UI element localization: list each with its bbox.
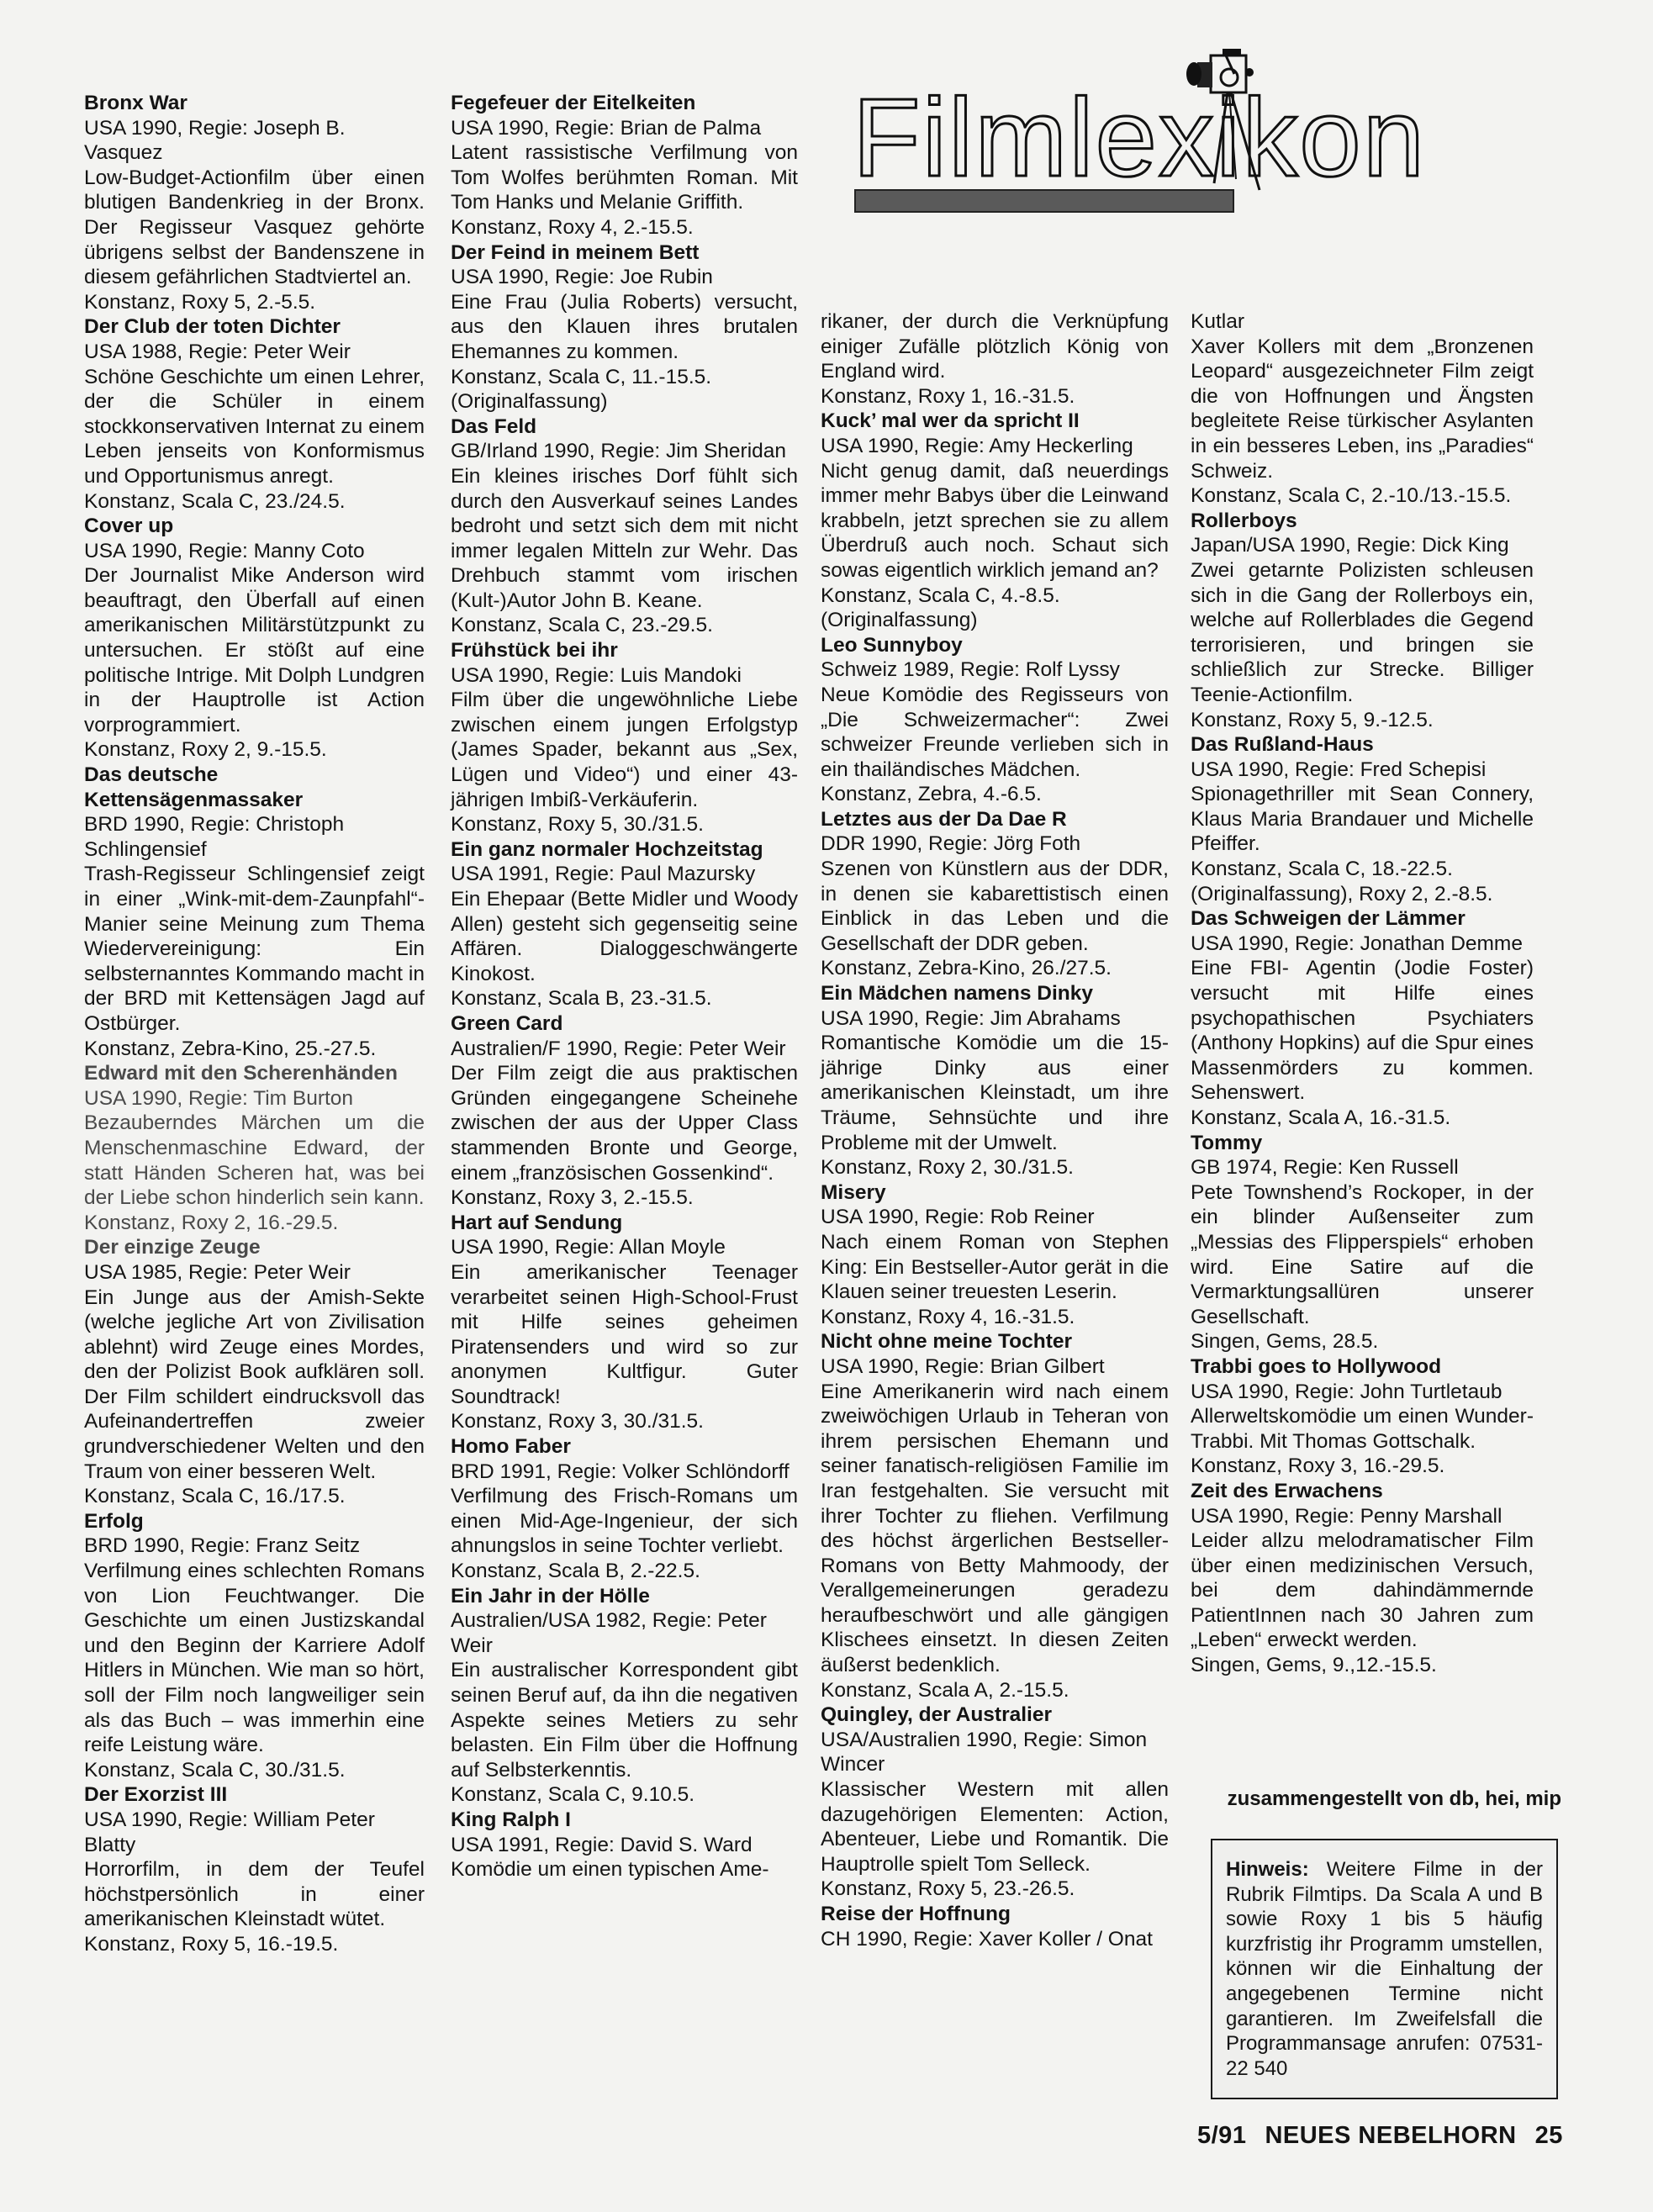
film-title: Das deutsche Kettensägenmassaker: [84, 763, 425, 812]
film-entry: Ein ganz normaler Hochzeitstag USA 1991,…: [451, 837, 798, 1011]
page-number: 25: [1535, 2122, 1563, 2150]
film-description: Der Journalist Mike Anderson wird beauft…: [84, 563, 425, 737]
film-venue: Konstanz, Scala A, 2.-15.5.: [821, 1678, 1169, 1703]
logo-title: Filmlexikon: [853, 82, 1426, 193]
film-entry: Homo Faber BRD 1991, Regie: Volker Schlö…: [451, 1434, 798, 1584]
film-meta: USA 1990, Regie: Luis Mandoki: [451, 663, 798, 689]
film-title: Hart auf Sendung: [451, 1211, 798, 1236]
film-title: Trabbi goes to Hollywood: [1191, 1354, 1534, 1380]
film-meta: USA 1990, Regie: Penny Marshall: [1191, 1504, 1534, 1529]
film-entry: Edward mit den Scherenhänden USA 1990, R…: [84, 1061, 425, 1235]
film-entry: Der Feind in meinem Bett USA 1990, Regie…: [451, 240, 798, 414]
film-entry: Der einzige Zeuge USA 1985, Regie: Peter…: [84, 1235, 425, 1509]
film-title: Das Schweigen der Lämmer: [1191, 906, 1534, 932]
film-meta: USA 1990, Regie: Jim Abrahams: [821, 1006, 1169, 1032]
film-description: Ein Ehepaar (Bette Midler und Woody Alle…: [451, 887, 798, 986]
film-entry: Nicht ohne meine Tochter USA 1990, Regie…: [821, 1329, 1169, 1703]
film-meta: USA 1990, Regie: Fred Schepisi: [1191, 758, 1534, 783]
column-1: Bronx War USA 1990, Regie: Joseph B. Vas…: [84, 91, 425, 1957]
film-venue: Konstanz, Scala C, 30./31.5.: [84, 1758, 425, 1783]
film-meta: USA 1990, Regie: Manny Coto: [84, 539, 425, 564]
film-meta: USA 1990, Regie: Joseph B. Vasquez: [84, 116, 425, 166]
film-entry: Reise der Hoffnung CH 1990, Regie: Xaver…: [821, 1902, 1169, 1951]
film-title: Cover up: [84, 514, 425, 539]
film-meta: GB 1974, Regie: Ken Russell: [1191, 1155, 1534, 1180]
film-entry: Bronx War USA 1990, Regie: Joseph B. Vas…: [84, 91, 425, 314]
film-entry: Letztes aus der Da Dae R DDR 1990, Regie…: [821, 807, 1169, 981]
film-meta: Schweiz 1989, Regie: Rolf Lyssy: [821, 657, 1169, 683]
film-venue: Singen, Gems, 28.5.: [1191, 1329, 1534, 1354]
film-title: Zeit des Erwachens: [1191, 1479, 1534, 1504]
film-venue: Konstanz, Scala C, 23./24.5.: [84, 489, 425, 515]
film-venue: Konstanz, Roxy 5, 2.-5.5.: [84, 290, 425, 315]
film-entry: Trabbi goes to Hollywood USA 1990, Regie…: [1191, 1354, 1534, 1479]
film-title: Quingley, der Australier: [821, 1703, 1169, 1728]
film-description: Horrorfilm, in dem der Teufel höchstpers…: [84, 1857, 425, 1932]
film-title: Tommy: [1191, 1131, 1534, 1156]
film-description: Low-Budget-Actionfilm über einen blutige…: [84, 166, 425, 290]
compiled-by-credits: zusammengestellt von db, hei, mip: [1208, 1787, 1561, 1811]
film-description: Xaver Kollers mit dem „Bronzenen Leopard…: [1191, 335, 1534, 484]
film-description: Neue Komödie des Regisseurs von „Die Sch…: [821, 683, 1169, 782]
film-meta: USA 1990, Regie: Rob Reiner: [821, 1205, 1169, 1230]
film-title: Leo Sunnyboy: [821, 633, 1169, 658]
film-description: Nach einem Roman von Stephen King: Ein B…: [821, 1230, 1169, 1305]
film-entry-continued: rikaner, der durch die Verknüpfung einig…: [821, 309, 1169, 409]
film-venue: Konstanz, Scala C, 4.-8.5.(Originalfassu…: [821, 583, 1169, 633]
film-entry: Das deutsche Kettensägenmassaker BRD 199…: [84, 763, 425, 1061]
film-venue: Konstanz, Scala B, 2.-22.5.: [451, 1559, 798, 1584]
film-venue: Konstanz, Scala C, 16./17.5.: [84, 1484, 425, 1509]
film-description: Komödie um einen typischen Ame-: [451, 1857, 798, 1882]
film-title: Bronx War: [84, 91, 425, 116]
film-meta: BRD 1990, Regie: Franz Seitz: [84, 1534, 425, 1559]
column-2: Fegefeuer der Eitelkeiten USA 1990, Regi…: [451, 91, 798, 1882]
film-venue: Konstanz, Roxy 3, 30./31.5.: [451, 1409, 798, 1434]
issue-number: 5/91: [1197, 2122, 1246, 2150]
film-meta: USA 1991, Regie: David S. Ward: [451, 1833, 798, 1858]
film-meta: Australien/USA 1982, Regie: Peter Weir: [451, 1608, 798, 1658]
film-title: Der Club der toten Dichter: [84, 314, 425, 340]
film-venue: Konstanz, Roxy 5, 23.-26.5.: [821, 1877, 1169, 1902]
film-venue: Konstanz, Roxy 2, 16.-29.5.: [84, 1211, 425, 1236]
film-title: Ein Mädchen namens Dinky: [821, 981, 1169, 1006]
film-title: Das Rußland-Haus: [1191, 732, 1534, 758]
film-meta: CH 1990, Regie: Xaver Koller / Onat: [821, 1927, 1169, 1952]
film-description: rikaner, der durch die Verknüpfung einig…: [821, 309, 1169, 384]
film-entry: Hart auf Sendung USA 1990, Regie: Allan …: [451, 1211, 798, 1434]
film-description: Der Film zeigt die aus praktischen Gründ…: [451, 1061, 798, 1185]
film-description: Pete Townshend’s Rockoper, in der ein bl…: [1191, 1180, 1534, 1330]
film-description: Eine FBI- Agentin (Jodie Foster) versuch…: [1191, 956, 1534, 1106]
film-meta: USA 1990, Regie: Allan Moyle: [451, 1235, 798, 1260]
film-title: Der einzige Zeuge: [84, 1235, 425, 1260]
film-venue: Konstanz, Roxy 3, 2.-15.5.: [451, 1185, 798, 1211]
film-title: Das Feld: [451, 414, 798, 440]
film-entry: Cover up USA 1990, Regie: Manny Coto Der…: [84, 514, 425, 763]
film-meta: USA 1990, Regie: Brian de Palma: [451, 116, 798, 141]
film-venue: Konstanz, Roxy 3, 16.-29.5.: [1191, 1454, 1534, 1479]
film-meta: USA 1990, Regie: Joe Rubin: [451, 265, 798, 290]
film-description: Spionagethriller mit Sean Connery, Klaus…: [1191, 782, 1534, 857]
publication-name: NEUES NEBELHORN: [1265, 2122, 1516, 2150]
film-venue: Konstanz, Roxy 2, 30./31.5.: [821, 1155, 1169, 1180]
film-venue: Konstanz, Roxy 5, 16.-19.5.: [84, 1932, 425, 1957]
film-description: Ein Junge aus der Amish-Sekte (welche je…: [84, 1285, 425, 1485]
film-title: Kuck’ mal wer da spricht II: [821, 409, 1169, 434]
film-entry: Leo Sunnyboy Schweiz 1989, Regie: Rolf L…: [821, 633, 1169, 807]
film-description: Film über die ungewöhnliche Liebe zwisch…: [451, 688, 798, 812]
film-meta: Kutlar: [1191, 309, 1534, 335]
film-venue: Konstanz, Roxy 1, 16.-31.5.: [821, 384, 1169, 409]
film-entry: Das Schweigen der Lämmer USA 1990, Regie…: [1191, 906, 1534, 1130]
film-description: Eine Amerikanerin wird nach einem zweiwö…: [821, 1380, 1169, 1678]
film-entry: Quingley, der Australier USA/Australien …: [821, 1703, 1169, 1902]
film-title: Letztes aus der Da Dae R: [821, 807, 1169, 832]
notice-box: Hinweis: Weitere Filme in der Rubrik Fil…: [1211, 1839, 1558, 2099]
film-venue: Singen, Gems, 9.,12.-15.5.: [1191, 1653, 1534, 1678]
film-entry: Misery USA 1990, Regie: Rob Reiner Nach …: [821, 1180, 1169, 1330]
film-entry: Der Club der toten Dichter USA 1988, Reg…: [84, 314, 425, 514]
film-entry: Green Card Australien/F 1990, Regie: Pet…: [451, 1011, 798, 1211]
film-venue: Konstanz, Roxy 4, 16.-31.5.: [821, 1305, 1169, 1330]
film-title: Ein Jahr in der Hölle: [451, 1584, 798, 1609]
film-title: Edward mit den Scherenhänden: [84, 1061, 425, 1086]
film-entry: Tommy GB 1974, Regie: Ken Russell Pete T…: [1191, 1131, 1534, 1354]
film-camera-on-tripod-icon: [1186, 40, 1270, 192]
film-meta: USA 1988, Regie: Peter Weir: [84, 340, 425, 365]
column-3: rikaner, der durch die Verknüpfung einig…: [821, 309, 1169, 1951]
film-meta: Japan/USA 1990, Regie: Dick King: [1191, 533, 1534, 558]
film-entry: Rollerboys Japan/USA 1990, Regie: Dick K…: [1191, 509, 1534, 732]
page-footer: 5/91 NEUES NEBELHORN 25: [1197, 2122, 1567, 2150]
film-description: Ein australischer Korrespondent gibt sei…: [451, 1658, 798, 1782]
film-description: Ein amerikanischer Teenager verarbeitet …: [451, 1260, 798, 1410]
film-meta: BRD 1990, Regie: Christoph Schlingensief: [84, 812, 425, 862]
film-title: Ein ganz normaler Hochzeitstag: [451, 837, 798, 863]
film-venue: Konstanz, Zebra, 4.-6.5.: [821, 782, 1169, 807]
film-title: Der Feind in meinem Bett: [451, 240, 798, 266]
film-title: King Ralph I: [451, 1808, 798, 1833]
film-description: Romantische Komödie um die 15-jährige Di…: [821, 1031, 1169, 1155]
film-description: Allerweltskomödie um einen Wunder-Trabbi…: [1191, 1404, 1534, 1454]
filmlexikon-logo: Filmlexikon: [841, 17, 1446, 227]
film-entry: Frühstück bei ihr USA 1990, Regie: Luis …: [451, 638, 798, 837]
film-description: Latent rassistische Verfilmung von Tom W…: [451, 140, 798, 215]
film-entry: Fegefeuer der Eitelkeiten USA 1990, Regi…: [451, 91, 798, 240]
film-title: Homo Faber: [451, 1434, 798, 1460]
film-description: Zwei getarnte Polizisten schleusen sich …: [1191, 558, 1534, 708]
film-venue: Konstanz, Scala C, 18.-22.5. (Originalfa…: [1191, 857, 1534, 906]
film-venue: Konstanz, Zebra-Kino, 26./27.5.: [821, 956, 1169, 981]
film-venue: Konstanz, Scala A, 16.-31.5.: [1191, 1106, 1534, 1131]
film-description: Szenen von Künstlern aus der DDR, in den…: [821, 857, 1169, 956]
film-description: Nicht genug damit, daß neuerdings immer …: [821, 459, 1169, 583]
film-meta: DDR 1990, Regie: Jörg Foth: [821, 831, 1169, 857]
film-meta: USA 1990, Regie: Amy Heckerling: [821, 434, 1169, 459]
film-entry: Kuck’ mal wer da spricht II USA 1990, Re…: [821, 409, 1169, 632]
film-description: Bezauberndes Märchen um die Menschenmasc…: [84, 1111, 425, 1210]
film-venue: Konstanz, Scala C, 11.-15.5. (Originalfa…: [451, 365, 798, 414]
film-meta: USA 1991, Regie: Paul Mazursky: [451, 862, 798, 887]
film-entry: Das Feld GB/Irland 1990, Regie: Jim Sher…: [451, 414, 798, 638]
film-meta: USA/Australien 1990, Regie: Simon Wincer: [821, 1728, 1169, 1777]
film-meta: BRD 1991, Regie: Volker Schlöndorff: [451, 1460, 798, 1485]
film-venue: Konstanz, Roxy 5, 30./31.5.: [451, 812, 798, 837]
film-title: Frühstück bei ihr: [451, 638, 798, 663]
film-title: Reise der Hoffnung: [821, 1902, 1169, 1927]
film-title: Green Card: [451, 1011, 798, 1037]
film-title: Erfolg: [84, 1509, 425, 1534]
column-4: Kutlar Xaver Kollers mit dem „Bronzenen …: [1191, 309, 1534, 1678]
film-entry: King Ralph I USA 1991, Regie: David S. W…: [451, 1808, 798, 1882]
film-description: Verfilmung eines schlechten Romans von L…: [84, 1559, 425, 1758]
film-meta: GB/Irland 1990, Regie: Jim Sheridan: [451, 439, 798, 464]
film-entry: Ein Jahr in der Hölle Australien/USA 198…: [451, 1584, 798, 1808]
film-venue: Konstanz, Zebra-Kino, 25.-27.5.: [84, 1037, 425, 1062]
film-description: Verfilmung des Frisch-Romans um einen Mi…: [451, 1484, 798, 1559]
film-venue: Konstanz, Roxy 5, 9.-12.5.: [1191, 708, 1534, 733]
film-meta: USA 1990, Regie: William Peter Blatty: [84, 1808, 425, 1857]
film-title: Der Exorzist III: [84, 1782, 425, 1808]
film-meta: Australien/F 1990, Regie: Peter Weir: [451, 1037, 798, 1062]
film-meta: USA 1985, Regie: Peter Weir: [84, 1260, 425, 1285]
film-description: Trash-Regisseur Schlingensief zeigt in e…: [84, 862, 425, 1036]
film-venue: Konstanz, Scala C, 9.10.5.: [451, 1782, 798, 1808]
film-venue: Konstanz, Roxy 4, 2.-15.5.: [451, 215, 798, 240]
notice-text: Weitere Filme in der Rubrik Filmtips. Da…: [1226, 1858, 1543, 2080]
film-entry: Das Rußland-Haus USA 1990, Regie: Fred S…: [1191, 732, 1534, 906]
film-description: Klassischer Western mit allen dazugehöri…: [821, 1777, 1169, 1877]
film-venue: Konstanz, Roxy 2, 9.-15.5.: [84, 737, 425, 763]
film-description: Schöne Geschichte um einen Lehrer, der d…: [84, 365, 425, 489]
film-venue: Konstanz, Scala C, 2.-10./13.-15.5.: [1191, 483, 1534, 509]
film-entry: Der Exorzist III USA 1990, Regie: Willia…: [84, 1782, 425, 1956]
film-entry: Zeit des Erwachens USA 1990, Regie: Penn…: [1191, 1479, 1534, 1678]
notice-label: Hinweis:: [1226, 1858, 1309, 1881]
film-entry: Ein Mädchen namens Dinky USA 1990, Regie…: [821, 981, 1169, 1180]
film-venue: Konstanz, Scala B, 23.-31.5.: [451, 986, 798, 1011]
film-meta: USA 1990, Regie: John Turtletaub: [1191, 1380, 1534, 1405]
film-entry: Erfolg BRD 1990, Regie: Franz Seitz Verf…: [84, 1509, 425, 1783]
film-description: Eine Frau (Julia Roberts) versucht, aus …: [451, 290, 798, 365]
film-venue: Konstanz, Scala C, 23.-29.5.: [451, 613, 798, 638]
logo-underline-bar: [854, 189, 1234, 213]
film-title: Misery: [821, 1180, 1169, 1206]
film-meta: USA 1990, Regie: Tim Burton: [84, 1086, 425, 1111]
film-description: Leider allzu melodramatischer Film über …: [1191, 1528, 1534, 1653]
film-title: Rollerboys: [1191, 509, 1534, 534]
film-title: Fegefeuer der Eitelkeiten: [451, 91, 798, 116]
film-entry-continued: Kutlar Xaver Kollers mit dem „Bronzenen …: [1191, 309, 1534, 509]
film-meta: USA 1990, Regie: Jonathan Demme: [1191, 932, 1534, 957]
film-meta: USA 1990, Regie: Brian Gilbert: [821, 1354, 1169, 1380]
film-description: Ein kleines irisches Dorf fühlt sich dur…: [451, 464, 798, 614]
film-title: Nicht ohne meine Tochter: [821, 1329, 1169, 1354]
